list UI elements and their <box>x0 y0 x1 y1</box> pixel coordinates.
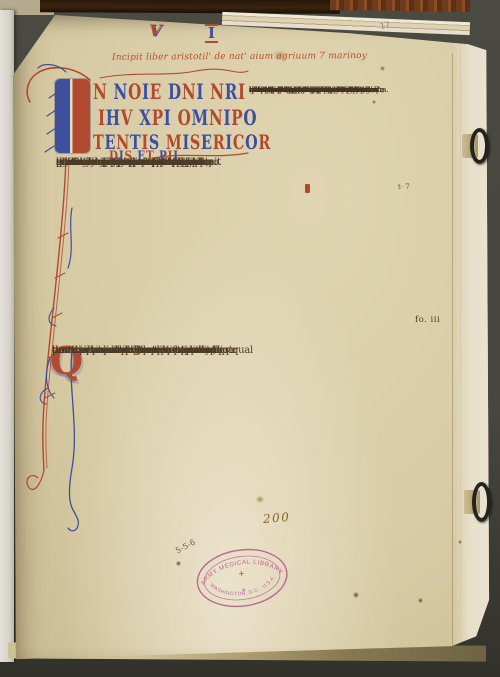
facing-leaf-edge <box>0 10 14 662</box>
page-edge-crease <box>452 53 453 653</box>
manuscript-photo: V I Incipit liber aristotil' de nat' aiu… <box>0 0 500 677</box>
folio-number: 200 <box>263 510 291 526</box>
stain <box>418 598 423 603</box>
marginal-mark-upper: t· 7 <box>398 183 410 191</box>
header-letter-2: I <box>205 24 218 43</box>
library-stamp: ARMY MEDICAL LIBRARY WASHINGTON, D.C., U… <box>188 535 297 618</box>
text-line: piscium maris qi qi ambulant 7 eo. <box>56 157 221 169</box>
display-line-1: N NOIE DNI NRI <box>93 79 246 104</box>
book-board-top-edge <box>40 0 340 14</box>
clasp-ring-bottom-icon <box>472 482 491 522</box>
text-line: te. et qntum i eis vt coloris & fige. Rm… <box>249 84 388 97</box>
stain <box>353 592 359 598</box>
stain <box>380 66 385 71</box>
rubricated-capital-mark <box>305 184 310 193</box>
display-line-2: IHV XPI OMNIPO <box>98 105 257 130</box>
stamp-cross-icon: + <box>241 587 247 595</box>
clasp-ring-top-icon <box>470 128 489 164</box>
stamp-cross-icon: + <box>238 569 246 579</box>
book-board-wood-grain <box>330 0 470 12</box>
stain <box>176 561 181 566</box>
stain <box>372 100 376 104</box>
text-line: hac dispone n di pars imo e. mlty <box>52 345 210 357</box>
marginal-note: fo. iii <box>415 315 440 325</box>
incipit-rubric: Incipit liber aristotil' de nat' aium ag… <box>112 51 352 63</box>
illuminated-initial-I: I <box>55 79 90 153</box>
stain <box>458 540 462 544</box>
header-letter-1: V <box>149 21 161 40</box>
